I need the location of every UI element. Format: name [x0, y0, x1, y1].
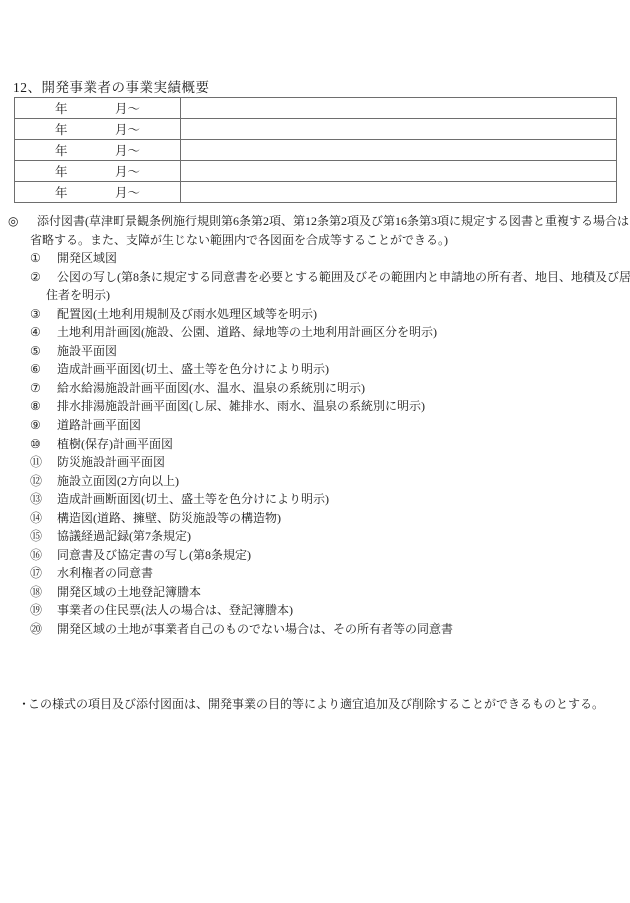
experience-value-cell — [181, 182, 617, 203]
attachments-intro-line: ◎添付図書(草津町景観条例施行規則第6条第2項、第12条第2項及び第16条第3項… — [0, 212, 630, 231]
attachments-list: ◎添付図書(草津町景観条例施行規則第6条第2項、第12条第2項及び第16条第3項… — [0, 212, 630, 639]
circled-item-number: ⑮ — [30, 527, 42, 546]
experience-row: 年月〜 — [15, 161, 617, 182]
attachment-item-line: ④土地利用計画図(施設、公園、道路、緑地等の土地利用計画区分を明示) — [0, 323, 630, 342]
month-from-label: 月〜 — [115, 162, 140, 180]
circled-item-number: ⑲ — [30, 601, 42, 620]
circled-item-number: ⑭ — [30, 509, 42, 528]
attachment-item-line: ⑮協議経過記録(第7条規定) — [0, 527, 630, 546]
month-from-label: 月〜 — [115, 141, 140, 159]
attachment-item-line: ⑦給水給湯施設計画平面図(水、温水、温泉の系統別に明示) — [0, 379, 630, 398]
attachment-item-text: 施設平面図 — [57, 342, 117, 361]
attachment-item-text: 土地利用計画図(施設、公園、道路、緑地等の土地利用計画区分を明示) — [57, 323, 437, 342]
circled-item-number: ③ — [30, 305, 41, 324]
circled-item-number: ① — [30, 249, 41, 268]
year-label: 年 — [55, 120, 68, 138]
experience-value-cell — [181, 140, 617, 161]
attachment-item-text: 給水給湯施設計画平面図(水、温水、温泉の系統別に明示) — [57, 379, 365, 398]
experience-row: 年月〜 — [15, 98, 617, 119]
month-from-label: 月〜 — [115, 99, 140, 117]
experience-table-body: 年月〜年月〜年月〜年月〜年月〜 — [15, 98, 617, 203]
attachment-item-text: 同意書及び協定書の写し(第8条規定) — [57, 546, 251, 565]
period-cell: 年月〜 — [15, 119, 181, 140]
year-label: 年 — [55, 141, 68, 159]
month-from-label: 月〜 — [115, 120, 140, 138]
year-label: 年 — [55, 99, 68, 117]
experience-row: 年月〜 — [15, 182, 617, 203]
attachment-item-text: 道路計画平面図 — [57, 416, 141, 435]
attachment-item-text: 造成計画平面図(切土、盛土等を色分けにより明示) — [57, 360, 329, 379]
document-page: 12、開発事業者の事業実績概要 年月〜年月〜年月〜年月〜年月〜 ◎添付図書(草津… — [0, 0, 630, 903]
section-heading: 12、開発事業者の事業実績概要 — [13, 80, 210, 96]
attachment-item-line: ⑧排水排湯施設計画平面図(し尿、雑排水、雨水、温泉の系統別に明示) — [0, 397, 630, 416]
experience-value-cell — [181, 98, 617, 119]
attachment-item-line: ⑨道路計画平面図 — [0, 416, 630, 435]
attachment-item-line: ①開発区域図 — [0, 249, 630, 268]
attachment-item-text: 排水排湯施設計画平面図(し尿、雑排水、雨水、温泉の系統別に明示) — [57, 397, 425, 416]
year-label: 年 — [55, 183, 68, 201]
attachments-intro-text: 省略する。また、支障が生じない範囲内で各図面を合成等することができる。) — [30, 231, 448, 250]
circled-item-number: ⑰ — [30, 564, 42, 583]
attachment-item-text: 施設立面図(2方向以上) — [57, 472, 179, 491]
attachment-item-text: 協議経過記録(第7条規定) — [57, 527, 191, 546]
attachment-item-line: ⑪防災施設計画平面図 — [0, 453, 630, 472]
circled-item-number: ⑧ — [30, 397, 41, 416]
attachment-item-text: 公図の写し(第8条に規定する同意書を必要とする範囲及びその範囲内と申請地の所有者… — [57, 268, 630, 287]
attachment-item-line: ⑰水利権者の同意書 — [0, 564, 630, 583]
attachment-item-line: ⑤施設平面図 — [0, 342, 630, 361]
attachment-item-line: ⑫施設立面図(2方向以上) — [0, 472, 630, 491]
attachment-item-line: ⑩植樹(保存)計画平面図 — [0, 435, 630, 454]
experience-value-cell — [181, 161, 617, 182]
attachment-item-line: ⑲事業者の住民票(法人の場合は、登記簿謄本) — [0, 601, 630, 620]
attachment-item-line: ⑥造成計画平面図(切土、盛土等を色分けにより明示) — [0, 360, 630, 379]
experience-row: 年月〜 — [15, 119, 617, 140]
attachment-item-text: 構造図(道路、擁壁、防災施設等の構造物) — [57, 509, 281, 528]
attachment-item-text: 水利権者の同意書 — [57, 564, 153, 583]
year-label: 年 — [55, 162, 68, 180]
circled-item-number: ⑬ — [30, 490, 42, 509]
attachment-item-line: ⑭構造図(道路、擁壁、防災施設等の構造物) — [0, 509, 630, 528]
attachment-item-text: 開発区域の土地登記簿謄本 — [57, 583, 201, 602]
circled-item-number: ④ — [30, 323, 41, 342]
attachment-item-text: 開発区域の土地が事業者自己のものでない場合は、その所有者等の同意書 — [57, 620, 453, 639]
experience-value-cell — [181, 119, 617, 140]
attachment-item-text: 植樹(保存)計画平面図 — [57, 435, 173, 454]
attachment-item-text: 配置図(土地利用規制及び雨水処理区域等を明示) — [57, 305, 317, 324]
attachment-item-text: 開発区域図 — [57, 249, 117, 268]
attachment-item-line: ③配置図(土地利用規制及び雨水処理区域等を明示) — [0, 305, 630, 324]
attachments-intro-text: 添付図書(草津町景観条例施行規則第6条第2項、第12条第2項及び第16条第3項に… — [37, 212, 629, 231]
double-circle-marker: ◎ — [8, 212, 18, 231]
attachments-intro-line: 省略する。また、支障が生じない範囲内で各図面を合成等することができる。) — [0, 231, 630, 250]
month-from-label: 月〜 — [115, 183, 140, 201]
period-cell: 年月〜 — [15, 98, 181, 119]
circled-item-number: ⑤ — [30, 342, 41, 361]
period-cell: 年月〜 — [15, 182, 181, 203]
footer-note-text: この様式の項目及び添付図面は、開発事業の目的等により適宜追加及び削除することがで… — [28, 695, 604, 713]
circled-item-number: ⑩ — [30, 435, 41, 454]
circled-item-number: ② — [30, 268, 41, 287]
attachment-item-line: 住者を明示) — [0, 286, 630, 305]
circled-item-number: ⑪ — [30, 453, 42, 472]
attachment-item-line: ⑳開発区域の土地が事業者自己のものでない場合は、その所有者等の同意書 — [0, 620, 630, 639]
circled-item-number: ⑳ — [30, 620, 42, 639]
circled-item-number: ⑱ — [30, 583, 42, 602]
circled-item-number: ⑫ — [30, 472, 42, 491]
circled-item-number: ⑦ — [30, 379, 41, 398]
circled-item-number: ⑨ — [30, 416, 41, 435]
experience-row: 年月〜 — [15, 140, 617, 161]
attachment-item-text: 防災施設計画平面図 — [57, 453, 165, 472]
period-cell: 年月〜 — [15, 140, 181, 161]
attachment-item-text: 事業者の住民票(法人の場合は、登記簿謄本) — [57, 601, 293, 620]
attachment-item-line: ⑯同意書及び協定書の写し(第8条規定) — [0, 546, 630, 565]
attachment-item-text: 住者を明示) — [46, 286, 110, 305]
circled-item-number: ⑥ — [30, 360, 41, 379]
attachment-item-line: ⑱開発区域の土地登記簿謄本 — [0, 583, 630, 602]
attachment-item-text: 造成計画断面図(切土、盛土等を色分けにより明示) — [57, 490, 329, 509]
attachment-item-line: ②公図の写し(第8条に規定する同意書を必要とする範囲及びその範囲内と申請地の所有… — [0, 268, 630, 287]
footer-note: ・ この様式の項目及び添付図面は、開発事業の目的等により適宜追加及び削除すること… — [0, 695, 630, 713]
business-experience-table: 年月〜年月〜年月〜年月〜年月〜 — [14, 97, 617, 203]
circled-item-number: ⑯ — [30, 546, 42, 565]
period-cell: 年月〜 — [15, 161, 181, 182]
attachment-item-line: ⑬造成計画断面図(切土、盛土等を色分けにより明示) — [0, 490, 630, 509]
